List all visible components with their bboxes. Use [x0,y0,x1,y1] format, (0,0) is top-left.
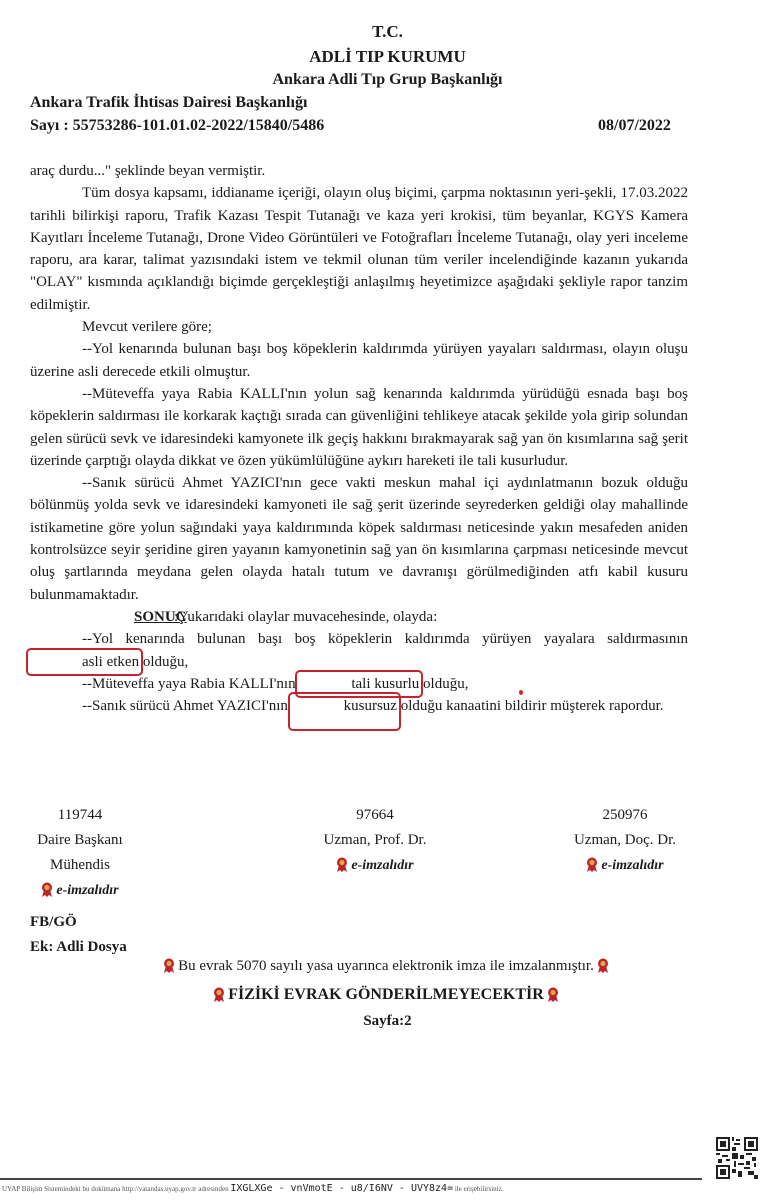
conclusion-label: SONUÇ [82,606,174,628]
paragraph-1: Tüm dosya kapsamı, iddianame içeriği, ol… [30,182,688,316]
paragraph-4: --Müteveffa yaya Rabia KALLI'nın yolun s… [30,383,688,472]
highlight-asli-etken: asli etken [30,651,139,673]
conclusion-2-end: olduğu, [419,676,468,692]
paragraph-3: --Yol kenarında bulunan başı boş köpekle… [30,338,688,383]
conclusion-3-end: olduğu kanaatini bildirir müşterek rapor… [397,698,664,714]
signature-1: 119744 Daire Başkanı Mühendis e-imzalıdı… [30,803,130,903]
conclusion-intro: :Yukarıdaki olaylar muvacehesinde, olayd… [174,609,437,625]
signature-3: 250976 Uzman, Doç. Dr. e-imzalıdır [560,803,690,878]
signature-title: Uzman, Doç. Dr. [560,828,690,853]
seal-icon [547,987,559,1002]
footer-suffix: ile erişebilirsiniz. [455,1185,504,1193]
header-tc: T.C. [0,22,775,42]
signature-2: 97664 Uzman, Prof. Dr. e-imzalıdır [305,803,445,878]
header-department: Ankara Trafik İhtisas Dairesi Başkanlığı [30,94,307,112]
header-group: Ankara Adli Tıp Grup Başkanlığı [0,71,775,89]
closing-block: FB/GÖ Ek: Adli Dosya [30,910,127,960]
document-body: araç durdu..." şeklinde beyan vermiştir.… [30,160,688,717]
paragraph-2: Mevcut verilere göre; [30,316,688,338]
seal-icon [163,958,175,973]
conclusion-1-text: --Yol kenarında bulunan başı boş köpekle… [82,631,688,647]
conclusion-3: --Sanık sürücü Ahmet YAZICI'nın kusursuz… [30,695,688,717]
paragraph-5: --Sanık sürücü Ahmet YAZICI'nın gece vak… [30,472,688,606]
page-number: Sayfa:2 [0,1013,775,1030]
conclusion-1: --Yol kenarında bulunan başı boş köpekle… [30,628,688,673]
law-notice: Bu evrak 5070 sayılı yasa uyarınca elekt… [0,958,775,975]
footer-divider [0,1178,702,1180]
e-signature-status: e-imzalıdır [305,853,445,878]
footer-prefix: UYAP Bilişim Sistemindeki bu dokümana ht… [2,1185,229,1193]
conclusion-heading: SONUÇ:Yukarıdaki olaylar muvacehesinde, … [30,606,688,628]
signature-title: Uzman, Prof. Dr. [305,828,445,853]
signature-title: Daire Başkanı [30,828,130,853]
signature-id: 119744 [30,803,130,828]
e-signature-status: e-imzalıdır [30,878,130,903]
seal-icon [213,987,225,1002]
red-mark [519,690,523,695]
highlight-kusursuz: kusursuz [292,695,397,717]
paragraph-0: araç durdu..." şeklinde beyan vermiştir. [30,160,688,182]
signature-id: 250976 [560,803,690,828]
physical-notice: FİZİKİ EVRAK GÖNDERİLMEYECEKTİR [0,986,775,1004]
footer-verification: UYAP Bilişim Sistemindeki bu dokümana ht… [2,1183,503,1194]
attachment: Ek: Adli Dosya [30,935,127,960]
e-signature-status: e-imzalıdır [560,853,690,878]
seal-icon [41,882,53,897]
seal-icon [336,857,348,872]
conclusion-2-text: --Müteveffa yaya Rabia KALLI'nın [82,676,299,692]
conclusion-1-end: olduğu, [139,654,188,670]
signature-id: 97664 [305,803,445,828]
qr-code-icon [716,1137,758,1179]
seal-icon [586,857,598,872]
document-date: 08/07/2022 [598,117,671,135]
conclusion-3-text: --Sanık sürücü Ahmet YAZICI'nın [82,698,292,714]
verification-code: IXGLXGe - vnVmotE - u8/I6NV - UVY8z4= [230,1183,453,1194]
seal-icon [597,958,609,973]
initials: FB/GÖ [30,910,127,935]
signature-subtitle: Mühendis [30,853,130,878]
document-number: Sayı : 55753286-101.01.02-2022/15840/548… [30,117,324,135]
document-page: T.C. ADLİ TIP KURUMU Ankara Adli Tıp Gru… [0,0,775,1200]
header-institution: ADLİ TIP KURUMU [0,47,775,67]
